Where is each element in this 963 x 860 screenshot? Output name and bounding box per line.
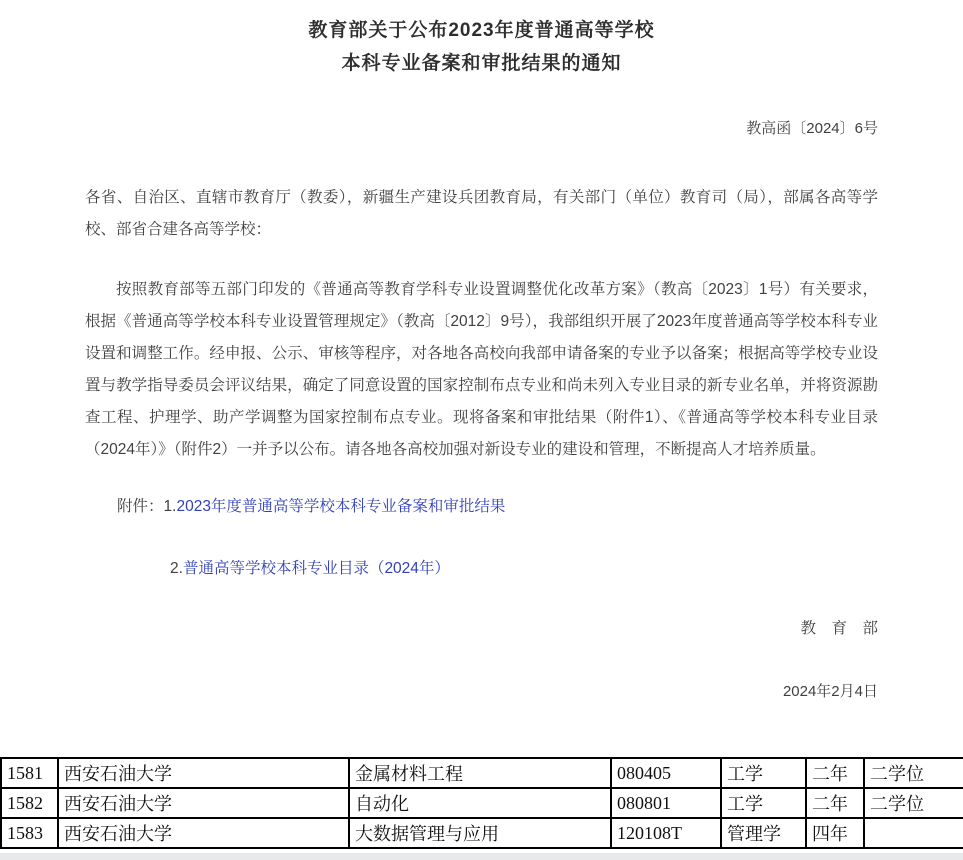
- row-number-cell: 1583: [1, 818, 58, 848]
- page-bottom-strip: [0, 853, 963, 860]
- document-number: 教高函〔2024〕6号: [85, 117, 878, 138]
- degree-note-cell: 二学位: [864, 788, 963, 818]
- row-number-cell: 1582: [1, 788, 58, 818]
- table-row: 1582 西安石油大学 自动化 080801 工学 二年 二学位: [1, 788, 963, 818]
- major-cell: 金属材料工程: [349, 758, 611, 788]
- degree-note-cell: 二学位: [864, 758, 963, 788]
- major-code-cell: 080405: [611, 758, 721, 788]
- discipline-cell: 工学: [721, 758, 806, 788]
- duration-cell: 二年: [806, 758, 864, 788]
- approval-result-table: 1581 西安石油大学 金属材料工程 080405 工学 二年 二学位 1582…: [0, 757, 963, 849]
- table-row: 1581 西安石油大学 金属材料工程 080405 工学 二年 二学位: [1, 758, 963, 788]
- degree-note-cell: [864, 818, 963, 848]
- attachments-section: 附件：1.2023年度普通高等学校本科专业备案和审批结果 2.普通高等学校本科专…: [85, 496, 878, 580]
- salutation: 各省、自治区、直辖市教育厅（教委），新疆生产建设兵团教育局，有关部门（单位）教育…: [85, 182, 878, 246]
- attachment-2-link[interactable]: 普通高等学校本科专业目录（2024年）: [183, 560, 450, 577]
- document-title-line2: 本科专业备案和审批结果的通知: [85, 47, 878, 80]
- issue-date: 2024年2月4日: [85, 680, 878, 701]
- issuing-authority: 教 育 部: [85, 616, 878, 638]
- attachment-line-1: 附件：1.2023年度普通高等学校本科专业备案和审批结果: [85, 496, 878, 518]
- discipline-cell: 管理学: [721, 818, 806, 848]
- duration-cell: 四年: [806, 818, 864, 848]
- table-row: 1583 西安石油大学 大数据管理与应用 120108T 管理学 四年: [1, 818, 963, 848]
- school-cell: 西安石油大学: [58, 818, 349, 848]
- row-number-cell: 1581: [1, 758, 58, 788]
- document-title-line1: 教育部关于公布2023年度普通高等学校: [85, 14, 878, 47]
- document-title: 教育部关于公布2023年度普通高等学校 本科专业备案和审批结果的通知: [85, 0, 878, 80]
- major-code-cell: 120108T: [611, 818, 721, 848]
- major-cell: 自动化: [349, 788, 611, 818]
- discipline-cell: 工学: [721, 788, 806, 818]
- attachment-line-2: 2.普通高等学校本科专业目录（2024年）: [85, 558, 878, 580]
- document-content: 教育部关于公布2023年度普通高等学校 本科专业备案和审批结果的通知 教高函〔2…: [0, 0, 963, 701]
- major-cell: 大数据管理与应用: [349, 818, 611, 848]
- notice-page: 教育部关于公布2023年度普通高等学校 本科专业备案和审批结果的通知 教高函〔2…: [0, 0, 963, 860]
- school-cell: 西安石油大学: [58, 788, 349, 818]
- school-cell: 西安石油大学: [58, 758, 349, 788]
- body-paragraph: 按照教育部等五部门印发的《普通高等教育学科专业设置调整优化改革方案》（教高〔20…: [85, 274, 878, 466]
- attachment-1-link[interactable]: 2023年度普通高等学校本科专业备案和审批结果: [176, 498, 505, 515]
- attachment-1-number: 1.: [164, 498, 177, 515]
- attachment-2-number: 2.: [170, 560, 183, 577]
- major-code-cell: 080801: [611, 788, 721, 818]
- duration-cell: 二年: [806, 788, 864, 818]
- attachments-label: 附件：: [117, 498, 164, 515]
